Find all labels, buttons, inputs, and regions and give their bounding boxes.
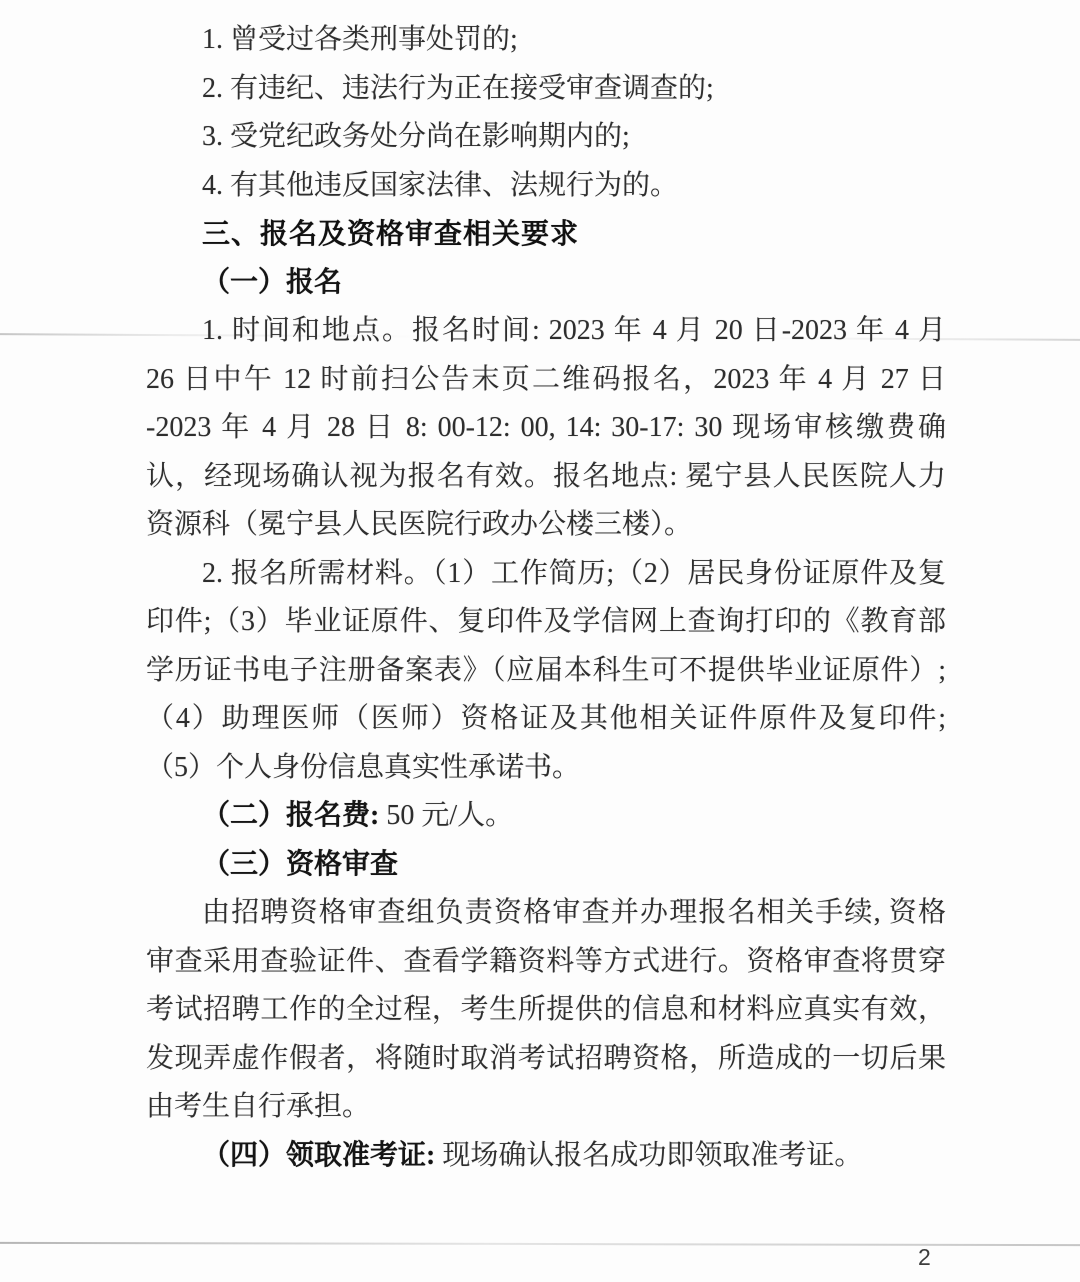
fee-label: （二）报名费:: [202, 800, 379, 831]
admission-ticket-text: 现场确认报名成功即领取准考证。: [435, 1140, 862, 1171]
fee-value: 50 元/人。: [379, 800, 513, 831]
subheading-fee-line: （二）报名费: 50 元/人。: [146, 792, 946, 841]
para-review-line-2: 审查采用查验证件、查看学籍资料等方式进行。资格审查将贯穿: [146, 938, 946, 987]
admission-ticket-label: （四）领取准考证:: [202, 1140, 435, 1171]
para-registration-time-line-2: 26 日中午 12 时前扫公告末页二维码报名，2023 年 4 月 27 日: [146, 356, 946, 405]
para-materials-line-4: （4）助理医师（医师）资格证及其他相关证件原件及复印件;: [146, 695, 946, 744]
ineligibility-item-2: 2. 有违纪、违法行为正在接受审查调查的;: [146, 65, 946, 114]
subheading-admission-ticket-line: （四）领取准考证: 现场确认报名成功即领取准考证。: [146, 1132, 946, 1181]
ineligibility-item-3: 3. 受党纪政务处分尚在影响期内的;: [146, 113, 946, 162]
para-review-line-3: 考试招聘工作的全过程，考生所提供的信息和材料应真实有效，: [146, 986, 946, 1035]
para-registration-time-line-1: 1. 时间和地点。报名时间: 2023 年 4 月 20 日-2023 年 4 …: [146, 307, 946, 356]
para-materials-line-2: 印件;（3）毕业证原件、复印件及学信网上查询打印的《教育部: [146, 598, 946, 647]
page-number: 2: [918, 1244, 931, 1271]
para-registration-time-line-4: 认，经现场确认视为报名有效。报名地点: 冕宁县人民医院人力: [146, 453, 946, 502]
subheading-registration: （一）报名: [146, 259, 946, 308]
para-review-line-5: 由考生自行承担。: [146, 1083, 946, 1132]
para-review-line-1: 由招聘资格审查组负责资格审查并办理报名相关手续, 资格: [146, 889, 946, 938]
para-materials-line-1: 2. 报名所需材料。（1）工作简历;（2）居民身份证原件及复: [146, 550, 946, 599]
para-review-line-4: 发现弄虚作假者，将随时取消考试招聘资格，所造成的一切后果: [146, 1035, 946, 1084]
ineligibility-item-4: 4. 有其他违反国家法律、法规行为的。: [146, 162, 946, 211]
para-registration-time-line-5: 资源科（冕宁县人民医院行政办公楼三楼）。: [146, 501, 946, 550]
subheading-qualification-review: （三）资格审查: [146, 841, 946, 890]
document-text-column: 1. 曾受过各类刑事处罚的; 2. 有违纪、违法行为正在接受审查调查的; 3. …: [146, 16, 946, 1180]
ineligibility-item-1: 1. 曾受过各类刑事处罚的;: [146, 16, 946, 65]
para-materials-line-5: （5）个人身份信息真实性承诺书。: [146, 744, 946, 793]
para-materials-line-3: 学历证书电子注册备案表》（应届本科生可不提供毕业证原件）;: [146, 647, 946, 696]
section-heading-3: 三、报名及资格审查相关要求: [146, 210, 946, 259]
scanned-document-page: 1. 曾受过各类刑事处罚的; 2. 有违纪、违法行为正在接受审查调查的; 3. …: [0, 0, 1080, 1282]
para-registration-time-line-3: -2023 年 4 月 28 日 8: 00-12: 00, 14: 30-17…: [146, 404, 946, 453]
